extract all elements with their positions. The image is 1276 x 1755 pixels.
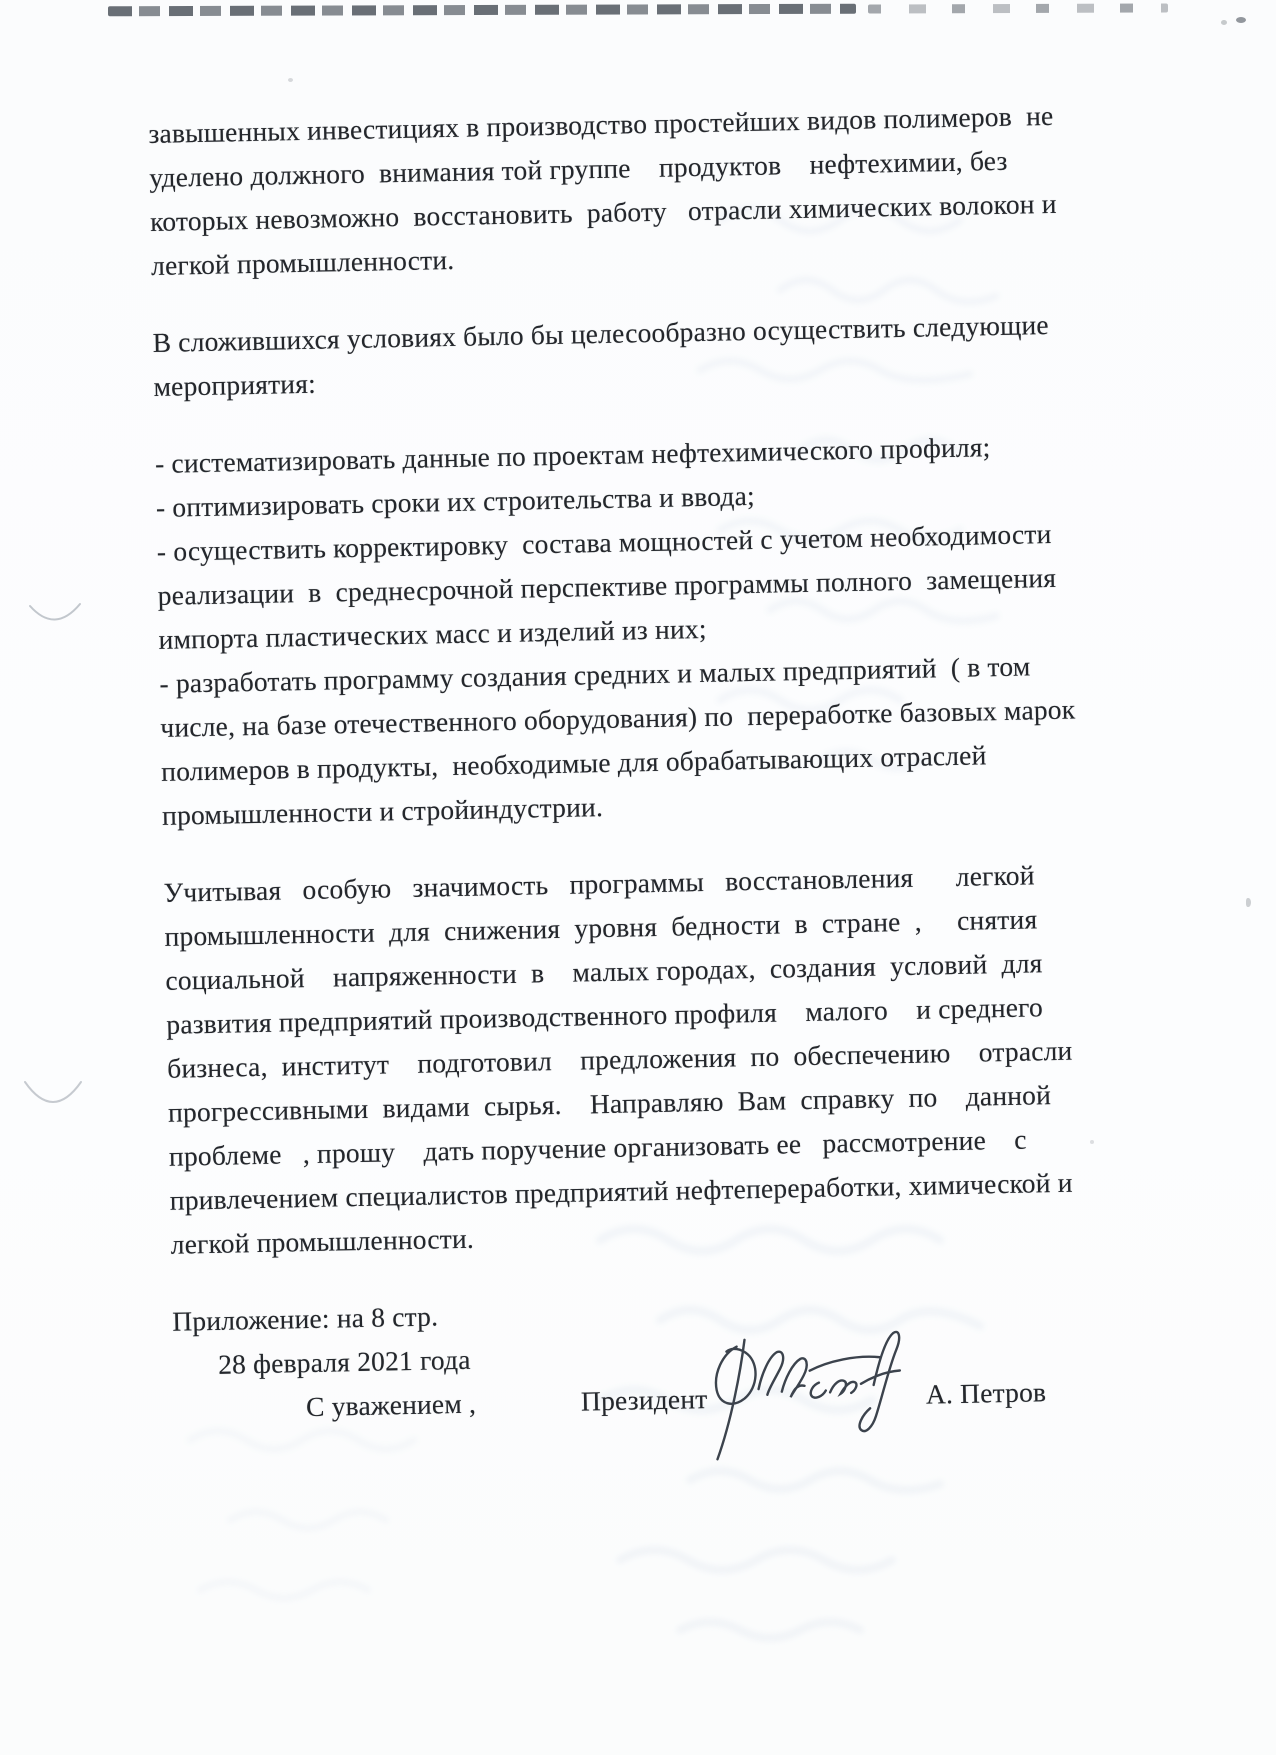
signature: [692, 1321, 915, 1461]
scan-speck: [1090, 1140, 1094, 1144]
signer-title: Президент: [581, 1377, 708, 1424]
scan-speck: [1236, 17, 1246, 23]
closing-regards: С уважением ,: [306, 1382, 477, 1429]
scanner-edge-artifact: [108, 4, 856, 17]
pen-arc-mark: [20, 1076, 86, 1125]
paragraph-opening: завышенных инвестициях в производство пр…: [148, 94, 1051, 288]
scanner-edge-artifact: [868, 3, 1168, 13]
scan-speck: [288, 78, 293, 82]
pen-arc-mark: [26, 598, 84, 639]
paragraph-proposal-intro: В сложившихся условиях было бы целесообр…: [152, 303, 1054, 409]
signer-name: А. Петров: [925, 1370, 1046, 1416]
letter-body: завышенных инвестициях в производство пр…: [148, 94, 1076, 1508]
scan-speck: [1221, 20, 1227, 25]
scan-speck: [1246, 898, 1251, 907]
closing-row: С уважением , Президент А. Петров: [174, 1370, 1076, 1508]
paragraph-justification: Учитывая особую значимость программы вос…: [163, 853, 1071, 1267]
scanned-letter-page: { "colors": { "ink": "#24272c", "paper":…: [0, 0, 1276, 1755]
measures-list: - систематизировать данные по проектам н…: [155, 424, 1063, 838]
